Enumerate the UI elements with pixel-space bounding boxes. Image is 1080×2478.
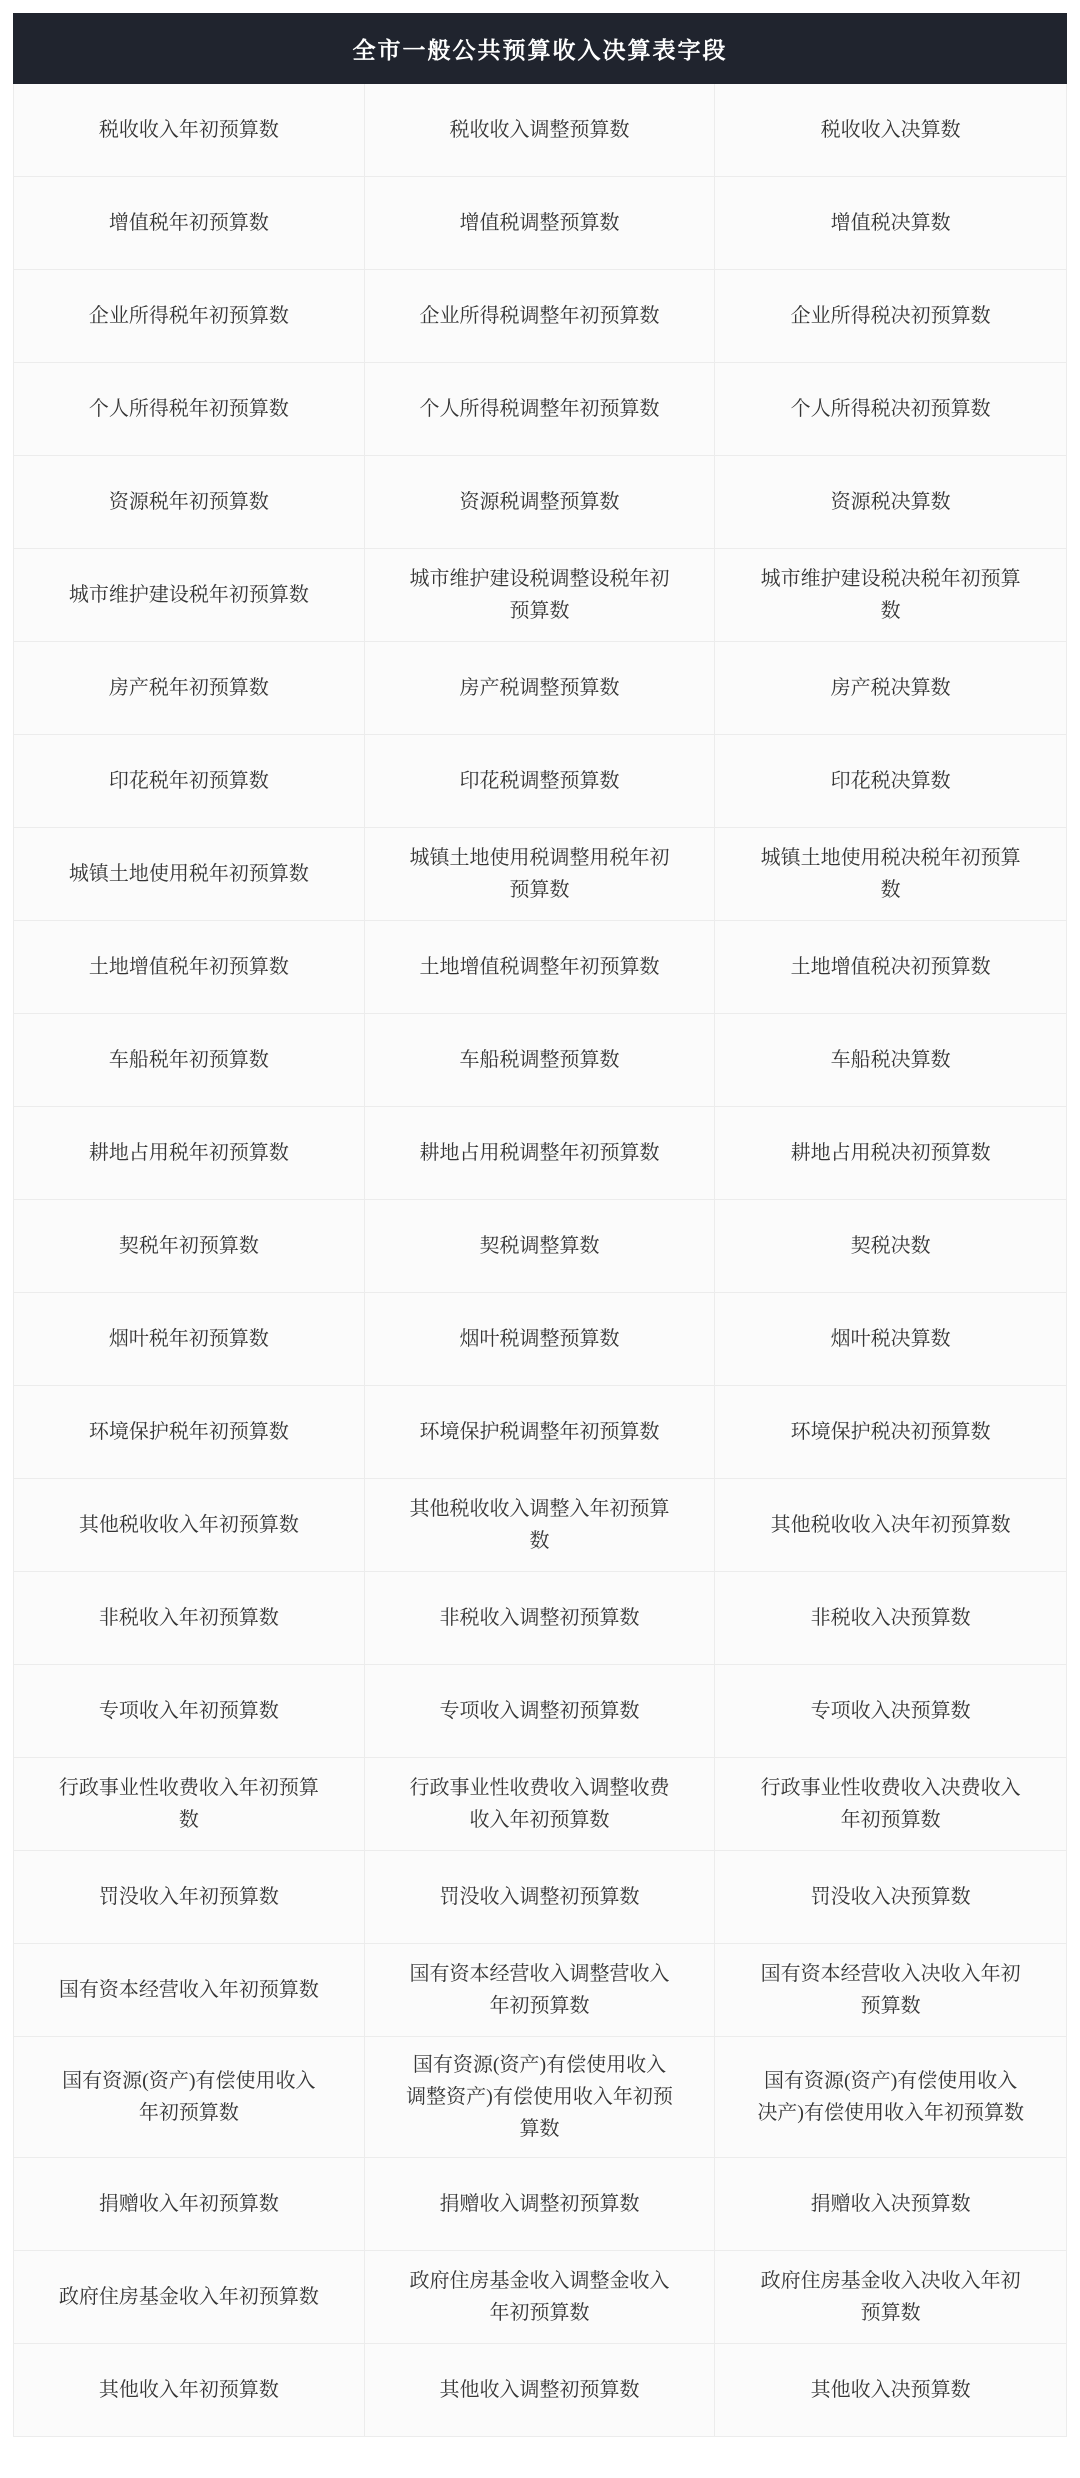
table-cell: 环境保护税年初预算数 — [14, 1386, 365, 1478]
table-cell: 罚没收入决预算数 — [715, 1851, 1066, 1943]
table-cell: 税收收入年初预算数 — [14, 84, 365, 176]
table-cell: 其他收入年初预算数 — [14, 2344, 365, 2436]
table-cell: 专项收入调整初预算数 — [365, 1665, 716, 1757]
table-cell: 国有资本经营收入决收入年初预算数 — [715, 1944, 1066, 2036]
table-cell: 捐赠收入决预算数 — [715, 2158, 1066, 2250]
table-cell: 城市维护建设税调整设税年初预算数 — [365, 549, 716, 641]
table-cell: 城镇土地使用税年初预算数 — [14, 828, 365, 920]
table-row: 耕地占用税年初预算数耕地占用税调整年初预算数耕地占用税决初预算数 — [14, 1107, 1066, 1200]
table-row: 捐赠收入年初预算数捐赠收入调整初预算数捐赠收入决预算数 — [14, 2158, 1066, 2251]
table-row: 专项收入年初预算数专项收入调整初预算数专项收入决预算数 — [14, 1665, 1066, 1758]
table-cell: 资源税调整预算数 — [365, 456, 716, 548]
table-cell: 土地增值税决初预算数 — [715, 921, 1066, 1013]
table-row: 车船税年初预算数车船税调整预算数车船税决算数 — [14, 1014, 1066, 1107]
table-row: 土地增值税年初预算数土地增值税调整年初预算数土地增值税决初预算数 — [14, 921, 1066, 1014]
table-row: 城市维护建设税年初预算数城市维护建设税调整设税年初预算数城市维护建设税决税年初预… — [14, 549, 1066, 642]
table-cell: 城市维护建设税年初预算数 — [14, 549, 365, 641]
table-cell: 车船税决算数 — [715, 1014, 1066, 1106]
table-cell: 车船税调整预算数 — [365, 1014, 716, 1106]
table-cell: 企业所得税年初预算数 — [14, 270, 365, 362]
table-cell: 国有资本经营收入年初预算数 — [14, 1944, 365, 2036]
table-cell: 国有资源(资产)有偿使用收入调整资产)有偿使用收入年初预算数 — [365, 2037, 716, 2157]
table-cell: 城镇土地使用税调整用税年初预算数 — [365, 828, 716, 920]
table-title: 全市一般公共预算收入决算表字段 — [13, 13, 1067, 84]
table-cell: 企业所得税调整年初预算数 — [365, 270, 716, 362]
table-cell: 印花税决算数 — [715, 735, 1066, 827]
table-cell: 土地增值税调整年初预算数 — [365, 921, 716, 1013]
table-cell: 烟叶税调整预算数 — [365, 1293, 716, 1385]
table-cell: 个人所得税决初预算数 — [715, 363, 1066, 455]
table-row: 国有资本经营收入年初预算数国有资本经营收入调整营收入年初预算数国有资本经营收入决… — [14, 1944, 1066, 2037]
table-row: 其他税收收入年初预算数其他税收收入调整入年初预算数其他税收收入决年初预算数 — [14, 1479, 1066, 1572]
table-row: 烟叶税年初预算数烟叶税调整预算数烟叶税决算数 — [14, 1293, 1066, 1386]
table-cell: 政府住房基金收入年初预算数 — [14, 2251, 365, 2343]
table-cell: 行政事业性收费收入决费收入年初预算数 — [715, 1758, 1066, 1850]
budget-fields-table: 全市一般公共预算收入决算表字段 税收收入年初预算数税收收入调整预算数税收收入决算… — [13, 13, 1067, 2437]
table-row: 房产税年初预算数房产税调整预算数房产税决算数 — [14, 642, 1066, 735]
table-cell: 政府住房基金收入调整金收入年初预算数 — [365, 2251, 716, 2343]
table-cell: 契税调整算数 — [365, 1200, 716, 1292]
table-cell: 烟叶税年初预算数 — [14, 1293, 365, 1385]
table-cell: 印花税年初预算数 — [14, 735, 365, 827]
table-row: 企业所得税年初预算数企业所得税调整年初预算数企业所得税决初预算数 — [14, 270, 1066, 363]
table-row: 城镇土地使用税年初预算数城镇土地使用税调整用税年初预算数城镇土地使用税决税年初预… — [14, 828, 1066, 921]
table-cell: 资源税决算数 — [715, 456, 1066, 548]
table-cell: 行政事业性收费收入调整收费收入年初预算数 — [365, 1758, 716, 1850]
table-cell: 罚没收入年初预算数 — [14, 1851, 365, 1943]
table-row: 行政事业性收费收入年初预算数行政事业性收费收入调整收费收入年初预算数行政事业性收… — [14, 1758, 1066, 1851]
table-cell: 税收收入调整预算数 — [365, 84, 716, 176]
table-row: 契税年初预算数契税调整算数契税决数 — [14, 1200, 1066, 1293]
table-cell: 房产税调整预算数 — [365, 642, 716, 734]
table-row: 增值税年初预算数增值税调整预算数增值税决算数 — [14, 177, 1066, 270]
table-body: 税收收入年初预算数税收收入调整预算数税收收入决算数增值税年初预算数增值税调整预算… — [13, 84, 1067, 2437]
table-cell: 城镇土地使用税决税年初预算数 — [715, 828, 1066, 920]
table-cell: 土地增值税年初预算数 — [14, 921, 365, 1013]
table-cell: 罚没收入调整初预算数 — [365, 1851, 716, 1943]
table-cell: 环境保护税调整年初预算数 — [365, 1386, 716, 1478]
table-cell: 企业所得税决初预算数 — [715, 270, 1066, 362]
table-cell: 耕地占用税决初预算数 — [715, 1107, 1066, 1199]
table-cell: 国有资本经营收入调整营收入年初预算数 — [365, 1944, 716, 2036]
table-cell: 房产税年初预算数 — [14, 642, 365, 734]
table-cell: 非税收入决预算数 — [715, 1572, 1066, 1664]
table-cell: 耕地占用税年初预算数 — [14, 1107, 365, 1199]
table-cell: 契税决数 — [715, 1200, 1066, 1292]
table-cell: 增值税年初预算数 — [14, 177, 365, 269]
table-row: 罚没收入年初预算数罚没收入调整初预算数罚没收入决预算数 — [14, 1851, 1066, 1944]
table-row: 税收收入年初预算数税收收入调整预算数税收收入决算数 — [14, 84, 1066, 177]
table-cell: 个人所得税调整年初预算数 — [365, 363, 716, 455]
table-cell: 非税收入年初预算数 — [14, 1572, 365, 1664]
table-row: 印花税年初预算数印花税调整预算数印花税决算数 — [14, 735, 1066, 828]
table-row: 个人所得税年初预算数个人所得税调整年初预算数个人所得税决初预算数 — [14, 363, 1066, 456]
table-cell: 税收收入决算数 — [715, 84, 1066, 176]
table-cell: 其他税收收入调整入年初预算数 — [365, 1479, 716, 1571]
table-cell: 增值税决算数 — [715, 177, 1066, 269]
table-cell: 捐赠收入年初预算数 — [14, 2158, 365, 2250]
table-cell: 专项收入决预算数 — [715, 1665, 1066, 1757]
table-cell: 非税收入调整初预算数 — [365, 1572, 716, 1664]
table-cell: 其他税收收入决年初预算数 — [715, 1479, 1066, 1571]
table-cell: 行政事业性收费收入年初预算数 — [14, 1758, 365, 1850]
table-row: 其他收入年初预算数其他收入调整初预算数其他收入决预算数 — [14, 2344, 1066, 2436]
table-row: 政府住房基金收入年初预算数政府住房基金收入调整金收入年初预算数政府住房基金收入决… — [14, 2251, 1066, 2344]
table-row: 国有资源(资产)有偿使用收入年初预算数国有资源(资产)有偿使用收入调整资产)有偿… — [14, 2037, 1066, 2158]
table-cell: 烟叶税决算数 — [715, 1293, 1066, 1385]
table-cell: 增值税调整预算数 — [365, 177, 716, 269]
table-row: 环境保护税年初预算数环境保护税调整年初预算数环境保护税决初预算数 — [14, 1386, 1066, 1479]
table-cell: 城市维护建设税决税年初预算数 — [715, 549, 1066, 641]
table-cell: 其他收入调整初预算数 — [365, 2344, 716, 2436]
table-cell: 其他收入决预算数 — [715, 2344, 1066, 2436]
table-row: 非税收入年初预算数非税收入调整初预算数非税收入决预算数 — [14, 1572, 1066, 1665]
table-cell: 房产税决算数 — [715, 642, 1066, 734]
table-cell: 耕地占用税调整年初预算数 — [365, 1107, 716, 1199]
table-cell: 个人所得税年初预算数 — [14, 363, 365, 455]
table-cell: 捐赠收入调整初预算数 — [365, 2158, 716, 2250]
table-cell: 资源税年初预算数 — [14, 456, 365, 548]
table-cell: 契税年初预算数 — [14, 1200, 365, 1292]
table-cell: 印花税调整预算数 — [365, 735, 716, 827]
table-cell: 政府住房基金收入决收入年初预算数 — [715, 2251, 1066, 2343]
table-cell: 环境保护税决初预算数 — [715, 1386, 1066, 1478]
table-row: 资源税年初预算数资源税调整预算数资源税决算数 — [14, 456, 1066, 549]
table-cell: 专项收入年初预算数 — [14, 1665, 365, 1757]
table-cell: 国有资源(资产)有偿使用收入年初预算数 — [14, 2037, 365, 2157]
table-cell: 其他税收收入年初预算数 — [14, 1479, 365, 1571]
table-cell: 国有资源(资产)有偿使用收入决产)有偿使用收入年初预算数 — [715, 2037, 1066, 2157]
table-cell: 车船税年初预算数 — [14, 1014, 365, 1106]
